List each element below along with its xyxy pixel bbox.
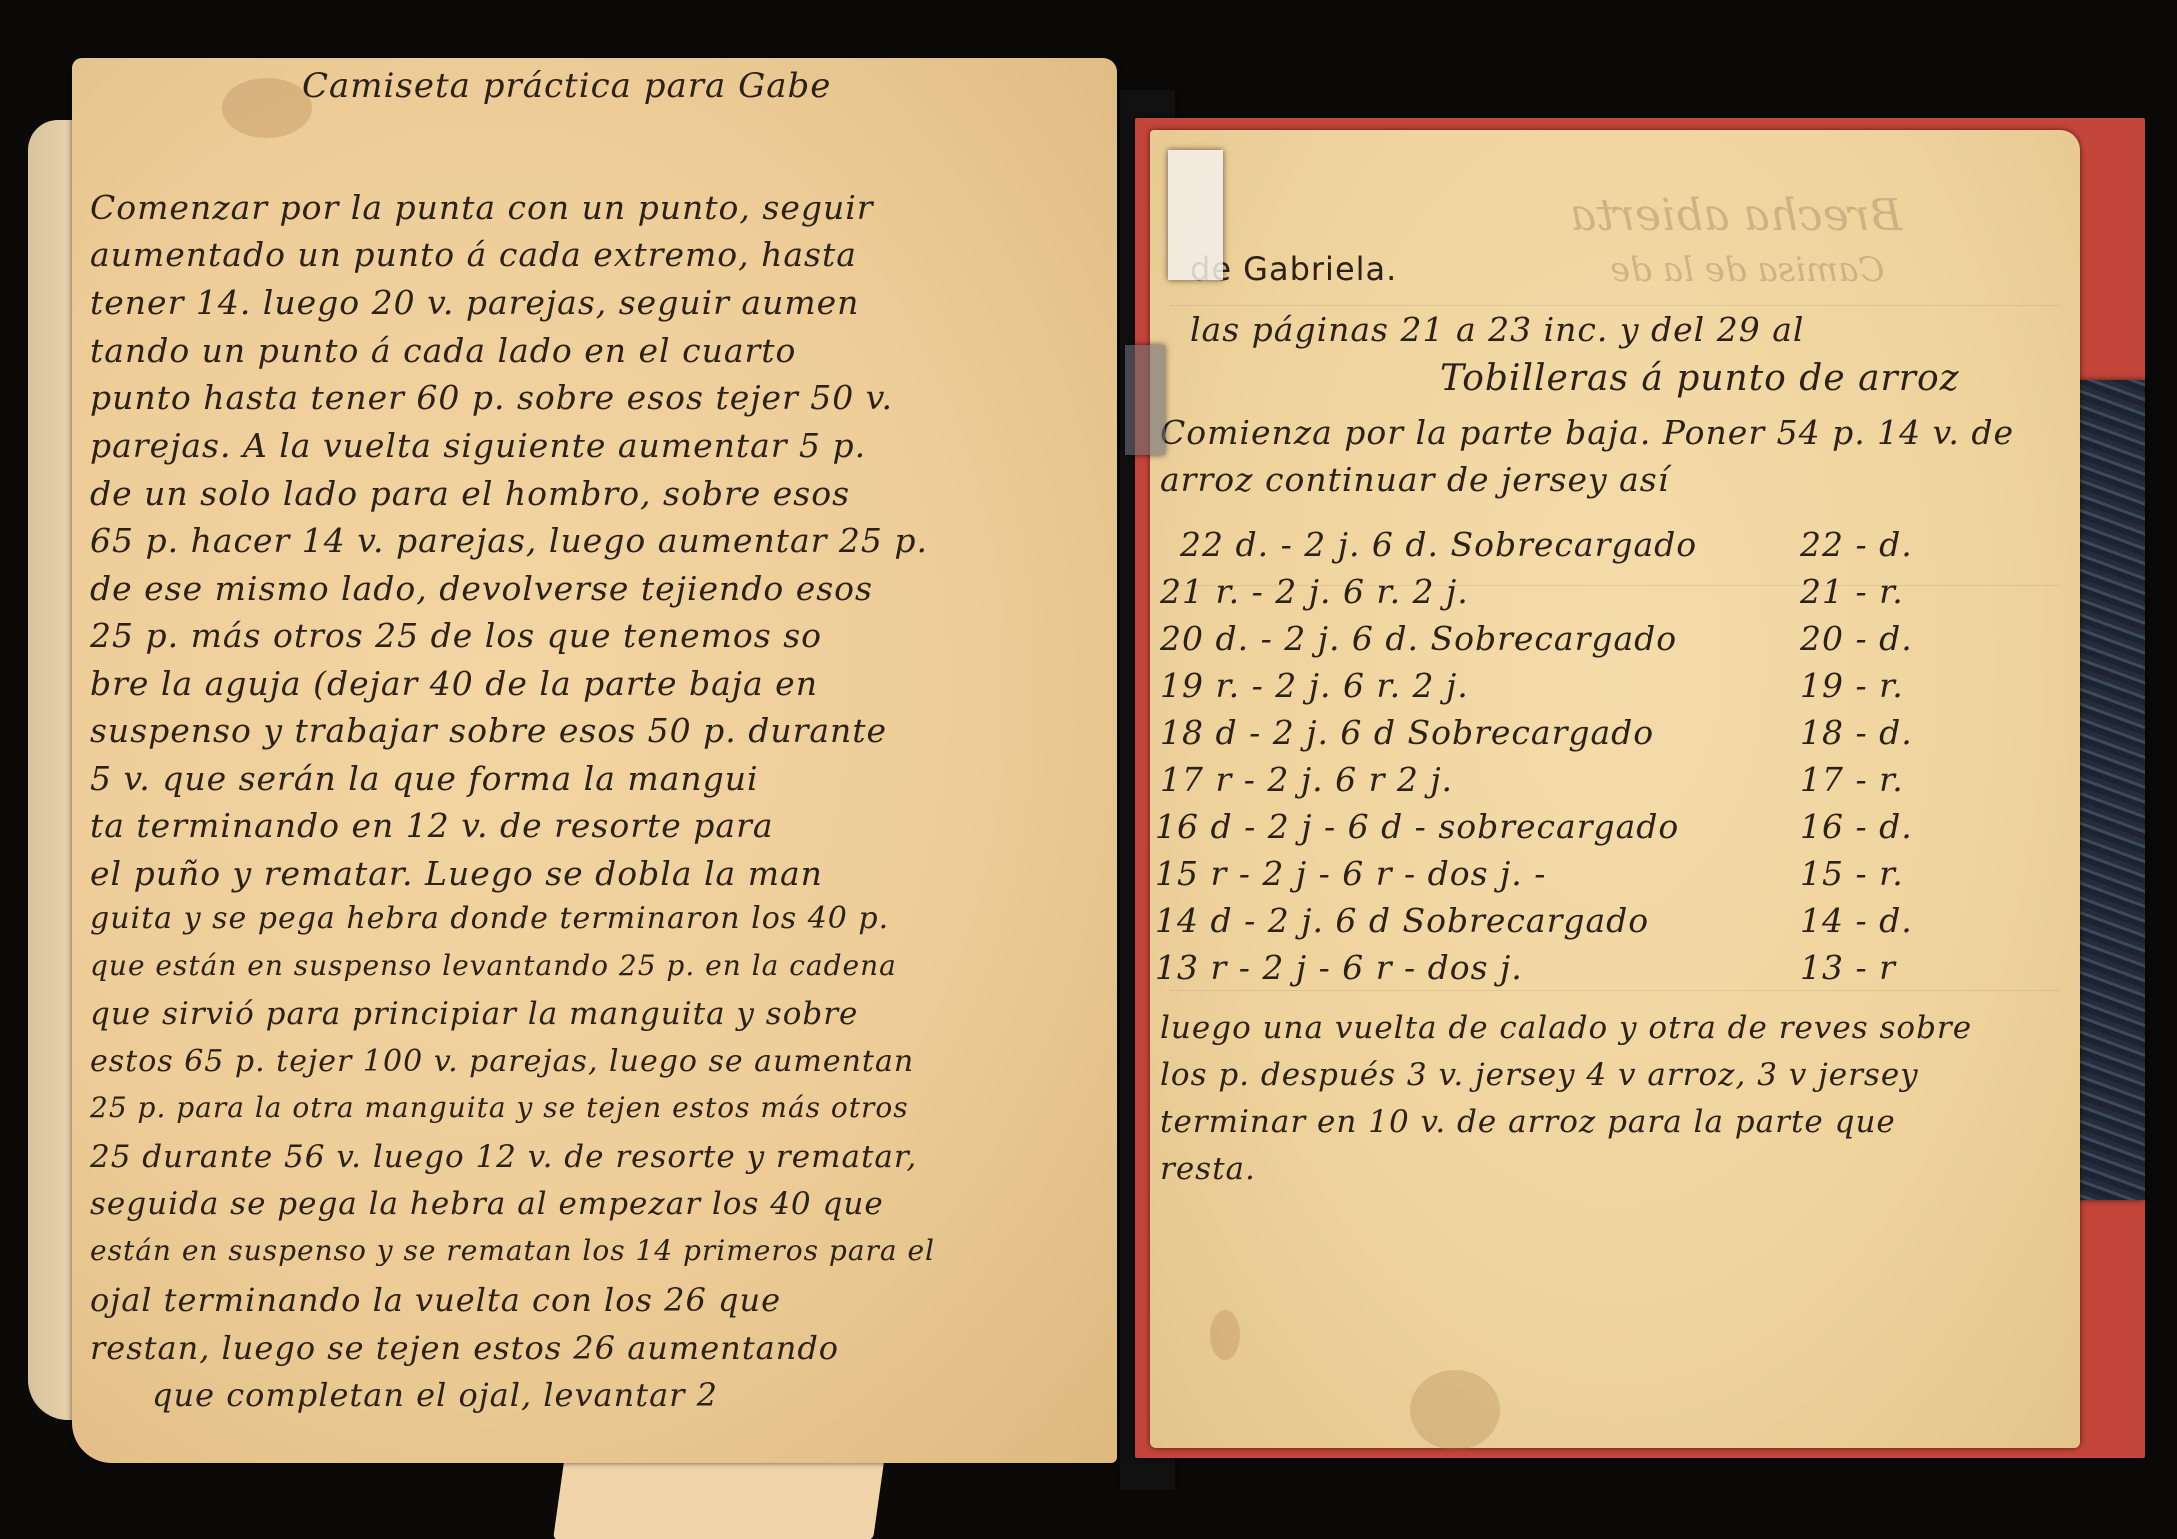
ruled-line xyxy=(1170,305,2060,306)
left-page-title: Camiseta práctica para Gabe xyxy=(302,66,831,106)
bleed-through-text: Camisa de la de xyxy=(1610,250,1884,290)
left-line: 5 v. que serán la que forma la mangui xyxy=(90,759,759,798)
left-line: 25 durante 56 v. luego 12 v. de resorte … xyxy=(90,1139,917,1175)
left-line: guita y se pega hebra donde terminaron l… xyxy=(90,901,889,936)
pattern-row-right: 13 - r xyxy=(1800,948,1896,987)
left-line: tando un punto á cada lado en el cuarto xyxy=(90,331,796,370)
right-header-line: las páginas 21 a 23 inc. y del 29 al xyxy=(1190,310,1804,349)
left-line: de ese mismo lado, devolverse tejiendo e… xyxy=(90,569,873,608)
pattern-row-right: 16 - d. xyxy=(1800,807,1913,846)
intro-line: Comienza por la parte baja. Poner 54 p. … xyxy=(1160,413,2014,452)
intro-line: arroz continuar de jersey así xyxy=(1160,460,1669,499)
pattern-row-right: 22 - d. xyxy=(1800,525,1913,564)
left-line: suspenso y trabajar sobre esos 50 p. dur… xyxy=(90,711,887,750)
pattern-row-left: 15 r - 2 j - 6 r - dos j. - xyxy=(1155,854,1546,893)
left-page: Camiseta práctica para Gabe Comenzar por… xyxy=(72,58,1117,1463)
pattern-row-left: 22 d. - 2 j. 6 d. Sobrecargado xyxy=(1180,525,1697,564)
bleed-through-text: Brecha abierta xyxy=(1570,190,1902,241)
left-line: que sirvió para principiar la manguita y… xyxy=(90,996,858,1032)
pattern-row-left: 20 d. - 2 j. 6 d. Sobrecargado xyxy=(1160,619,1677,658)
pattern-row-left: 13 r - 2 j - 6 r - dos j. xyxy=(1155,948,1523,987)
left-line: 25 p. para la otra manguita y se tejen e… xyxy=(90,1091,909,1124)
pattern-row-right: 15 - r. xyxy=(1800,854,1904,893)
tape-strip xyxy=(1168,150,1223,280)
water-stain xyxy=(1410,1370,1500,1450)
pattern-row-left: 18 d - 2 j. 6 d Sobrecargado xyxy=(1160,713,1654,752)
pattern-row-right: 17 - r. xyxy=(1800,760,1904,799)
pattern-row-left: 17 r - 2 j. 6 r 2 j. xyxy=(1160,760,1453,799)
left-line: ojal terminando la vuelta con los 26 que xyxy=(90,1281,781,1319)
pattern-row-right: 14 - d. xyxy=(1800,901,1913,940)
left-line: ta terminando en 12 v. de resorte para xyxy=(90,806,774,845)
left-line: restan, luego se tejen estos 26 aumentan… xyxy=(90,1329,839,1367)
section-title: Tobilleras á punto de arroz xyxy=(1440,358,1960,399)
pattern-row-right: 20 - d. xyxy=(1800,619,1913,658)
left-line: que completan el ojal, levantar 2 xyxy=(152,1376,718,1414)
marbled-cover-edge xyxy=(2070,380,2145,1200)
ruled-line xyxy=(1170,990,2060,991)
left-line: están en suspenso y se rematan los 14 pr… xyxy=(90,1234,935,1267)
left-line: Comenzar por la punta con un punto, segu… xyxy=(90,188,874,227)
left-line: parejas. A la vuelta siguiente aumentar … xyxy=(90,426,866,465)
pattern-row-left: 19 r. - 2 j. 6 r. 2 j. xyxy=(1160,666,1469,705)
left-line: 65 p. hacer 14 v. parejas, luego aumenta… xyxy=(90,521,928,560)
closing-line: luego una vuelta de calado y otra de rev… xyxy=(1160,1010,1972,1046)
closing-line: los p. después 3 v. jersey 4 v arroz, 3 … xyxy=(1160,1057,1919,1093)
left-line: estos 65 p. tejer 100 v. parejas, luego … xyxy=(90,1044,914,1079)
left-line: tener 14. luego 20 v. parejas, seguir au… xyxy=(90,283,859,322)
pattern-row-right: 19 - r. xyxy=(1800,666,1904,705)
left-line: bre la aguja (dejar 40 de la parte baja … xyxy=(90,664,818,703)
pattern-row-left: 21 r. - 2 j. 6 r. 2 j. xyxy=(1160,572,1469,611)
pattern-row-right: 21 - r. xyxy=(1800,572,1904,611)
tape-strip xyxy=(1125,345,1165,455)
left-line: el puño y rematar. Luego se dobla la man xyxy=(90,854,823,893)
left-line: de un solo lado para el hombro, sobre es… xyxy=(90,474,850,513)
left-line: punto hasta tener 60 p. sobre esos tejer… xyxy=(90,378,893,417)
left-line: que están en suspenso levantando 25 p. e… xyxy=(90,949,897,982)
pattern-row-left: 16 d - 2 j - 6 d - sobrecargado xyxy=(1155,807,1679,846)
closing-line: resta. xyxy=(1160,1151,1256,1187)
left-line: 25 p. más otros 25 de los que tenemos so xyxy=(90,616,822,655)
water-stain xyxy=(222,78,312,138)
water-stain xyxy=(1210,1310,1240,1360)
left-line: aumentado un punto á cada extremo, hasta xyxy=(90,235,857,274)
pattern-row-right: 18 - d. xyxy=(1800,713,1913,752)
pattern-row-left: 14 d - 2 j. 6 d Sobrecargado xyxy=(1155,901,1649,940)
left-line: seguida se pega la hebra al empezar los … xyxy=(90,1186,884,1222)
right-page: Brecha abierta Camisa de la de de Gabrie… xyxy=(1150,130,2080,1448)
closing-line: terminar en 10 v. de arroz para la parte… xyxy=(1160,1104,1896,1140)
